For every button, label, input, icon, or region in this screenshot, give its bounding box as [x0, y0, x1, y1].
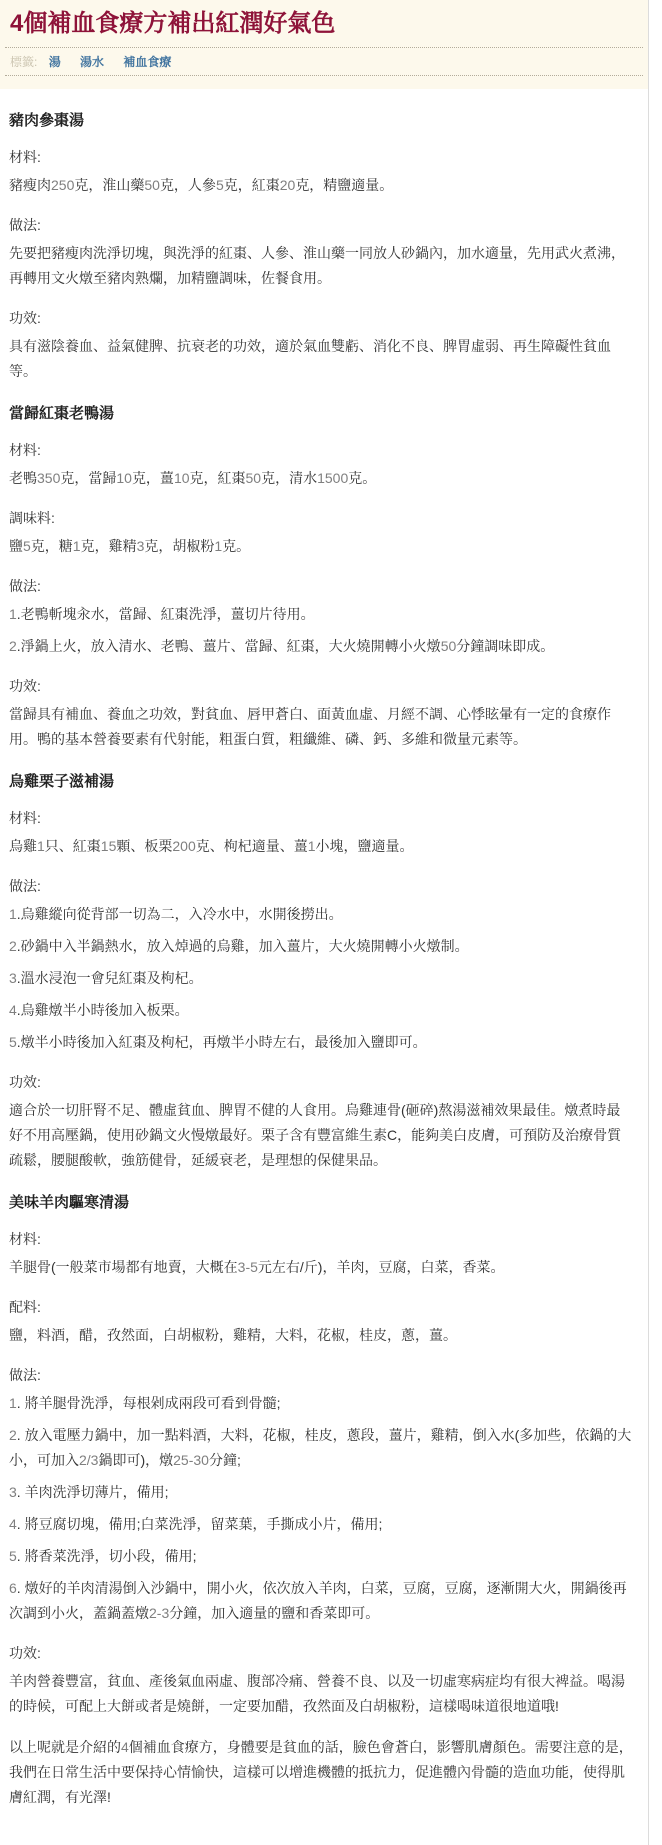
- section-label: 材料:: [9, 1227, 634, 1252]
- section-line: 3. 羊肉洗淨切薄片，備用;: [9, 1480, 634, 1505]
- section-line: 羊腿骨(一般菜市場都有地賣，大概在3-5元左右/斤)，羊肉，豆腐，白菜，香菜。: [9, 1255, 634, 1280]
- section-line: 1. 將羊腿骨洗淨，每根剁成兩段可看到骨髓;: [9, 1391, 634, 1416]
- section-label: 材料:: [9, 438, 634, 463]
- recipe-title: 當歸紅棗老鴨湯: [9, 405, 634, 423]
- article-body: 豬肉參棗湯材料:豬瘦肉250克，淮山藥50克，人參5克，紅棗20克，精鹽適量。做…: [0, 89, 648, 1845]
- section-line: 3.溫水浸泡一會兒紅棗及枸杞。: [9, 966, 634, 991]
- section-label: 做法:: [9, 1363, 634, 1388]
- section-label: 功效:: [9, 1641, 634, 1666]
- section-line: 鹽，料酒，醋，孜然面，白胡椒粉，雞精，大料，花椒，桂皮，蔥，薑。: [9, 1323, 634, 1348]
- recipe-4: 美味羊肉驅寒清湯材料:羊腿骨(一般菜市場都有地賣，大概在3-5元左右/斤)，羊肉…: [9, 1194, 634, 1719]
- section-label: 調味料:: [9, 506, 634, 531]
- section-line: 1.烏雞縱向從背部一切為二，入冷水中，水開後撈出。: [9, 902, 634, 927]
- recipes-container: 豬肉參棗湯材料:豬瘦肉250克，淮山藥50克，人參5克，紅棗20克，精鹽適量。做…: [9, 112, 634, 1719]
- recipe-3: 烏雞栗子滋補湯材料:烏雞1只、紅棗15顆、板栗200克、枸杞適量、薑1小塊，鹽適…: [9, 773, 634, 1173]
- section-line: 先要把豬瘦肉洗淨切塊，與洗淨的紅棗、人參、淮山藥一同放人砂鍋內，加水適量，先用武…: [9, 241, 634, 291]
- section-line: 羊肉營養豐富，貧血、產後氣血兩虛、腹部冷痛、營養不良、以及一切虛寒病症均有很大裨…: [9, 1669, 634, 1719]
- section-line: 2. 放入電壓力鍋中，加一點料酒，大料，花椒，桂皮，蔥段，薑片，雞精，倒入水(多…: [9, 1423, 634, 1473]
- section-line: 2.淨鍋上火，放入清水、老鴨、薑片、當歸、紅棗，大火燒開轉小火燉50分鐘調味即成…: [9, 634, 634, 659]
- section-line: 豬瘦肉250克，淮山藥50克，人參5克，紅棗20克，精鹽適量。: [9, 173, 634, 198]
- section-line: 當歸具有補血、養血之功效，對貧血、唇甲蒼白、面黃血虛、月經不調、心悸眩暈有一定的…: [9, 702, 634, 752]
- tag-link-soup-water[interactable]: 湯水: [80, 55, 104, 69]
- tag-link-soup[interactable]: 湯: [49, 55, 61, 69]
- section-line: 烏雞1只、紅棗15顆、板栗200克、枸杞適量、薑1小塊，鹽適量。: [9, 834, 634, 859]
- section-line: 5. 將香菜洗淨，切小段，備用;: [9, 1544, 634, 1569]
- article-header: 4個補血食療方補出紅潤好氣色 標籤: 湯 湯水 補血食療: [0, 0, 648, 89]
- section-line: 4. 將豆腐切塊，備用;白菜洗淨，留菜葉，手撕成小片，備用;: [9, 1512, 634, 1537]
- recipe-2: 當歸紅棗老鴨湯材料:老鴨350克，當歸10克，薑10克，紅棗50克，清水1500…: [9, 405, 634, 752]
- tag-link-blood-nourishing-diet[interactable]: 補血食療: [123, 55, 171, 69]
- recipe-title: 豬肉參棗湯: [9, 112, 634, 130]
- section-label: 做法:: [9, 213, 634, 238]
- tags-row: 標籤: 湯 湯水 補血食療: [0, 48, 648, 75]
- recipe-title: 烏雞栗子滋補湯: [9, 773, 634, 791]
- section-label: 功效:: [9, 306, 634, 331]
- section-line: 適合於一切肝腎不足、體虛貧血、脾胃不健的人食用。烏雞連骨(砸碎)熬湯滋補效果最佳…: [9, 1098, 634, 1173]
- section-label: 功效:: [9, 1070, 634, 1095]
- section-line: 1.老鴨斬塊汆水，當歸、紅棗洗淨，薑切片待用。: [9, 602, 634, 627]
- section-line: 6. 燉好的羊肉清湯倒入沙鍋中，開小火，依次放入羊肉，白菜，豆腐，豆腐，逐漸開大…: [9, 1576, 634, 1626]
- section-line: 4.烏雞燉半小時後加入板栗。: [9, 998, 634, 1023]
- section-label: 功效:: [9, 674, 634, 699]
- section-line: 鹽5克，糖1克，雞精3克，胡椒粉1克。: [9, 534, 634, 559]
- recipe-1: 豬肉參棗湯材料:豬瘦肉250克，淮山藥50克，人參5克，紅棗20克，精鹽適量。做…: [9, 112, 634, 384]
- section-line: 具有滋陰養血、益氣健脾、抗衰老的功效，適於氣血雙虧、消化不良、脾胃虛弱、再生障礙…: [9, 334, 634, 384]
- section-line: 5.燉半小時後加入紅棗及枸杞，再燉半小時左右，最後加入鹽即可。: [9, 1030, 634, 1055]
- recipe-title: 美味羊肉驅寒清湯: [9, 1194, 634, 1212]
- closing-paragraph: 以上呢就是介紹的4個補血食療方，身體要是貧血的話，臉色會蒼白，影響肌膚顏色。需要…: [9, 1735, 634, 1810]
- section-label: 做法:: [9, 574, 634, 599]
- section-label: 做法:: [9, 874, 634, 899]
- section-label: 材料:: [9, 806, 634, 831]
- article-page: 4個補血食療方補出紅潤好氣色 標籤: 湯 湯水 補血食療 豬肉參棗湯材料:豬瘦肉…: [0, 0, 649, 1845]
- tags-label: 標籤:: [10, 55, 37, 69]
- section-line: 2.砂鍋中入半鍋熱水，放入焯過的烏雞，加入薑片，大火燒開轉小火燉制。: [9, 934, 634, 959]
- section-label: 配料:: [9, 1295, 634, 1320]
- section-label: 材料:: [9, 145, 634, 170]
- section-line: 老鴨350克，當歸10克，薑10克，紅棗50克，清水1500克。: [9, 466, 634, 491]
- page-title: 4個補血食療方補出紅潤好氣色: [0, 6, 648, 47]
- header-padding: [0, 76, 648, 89]
